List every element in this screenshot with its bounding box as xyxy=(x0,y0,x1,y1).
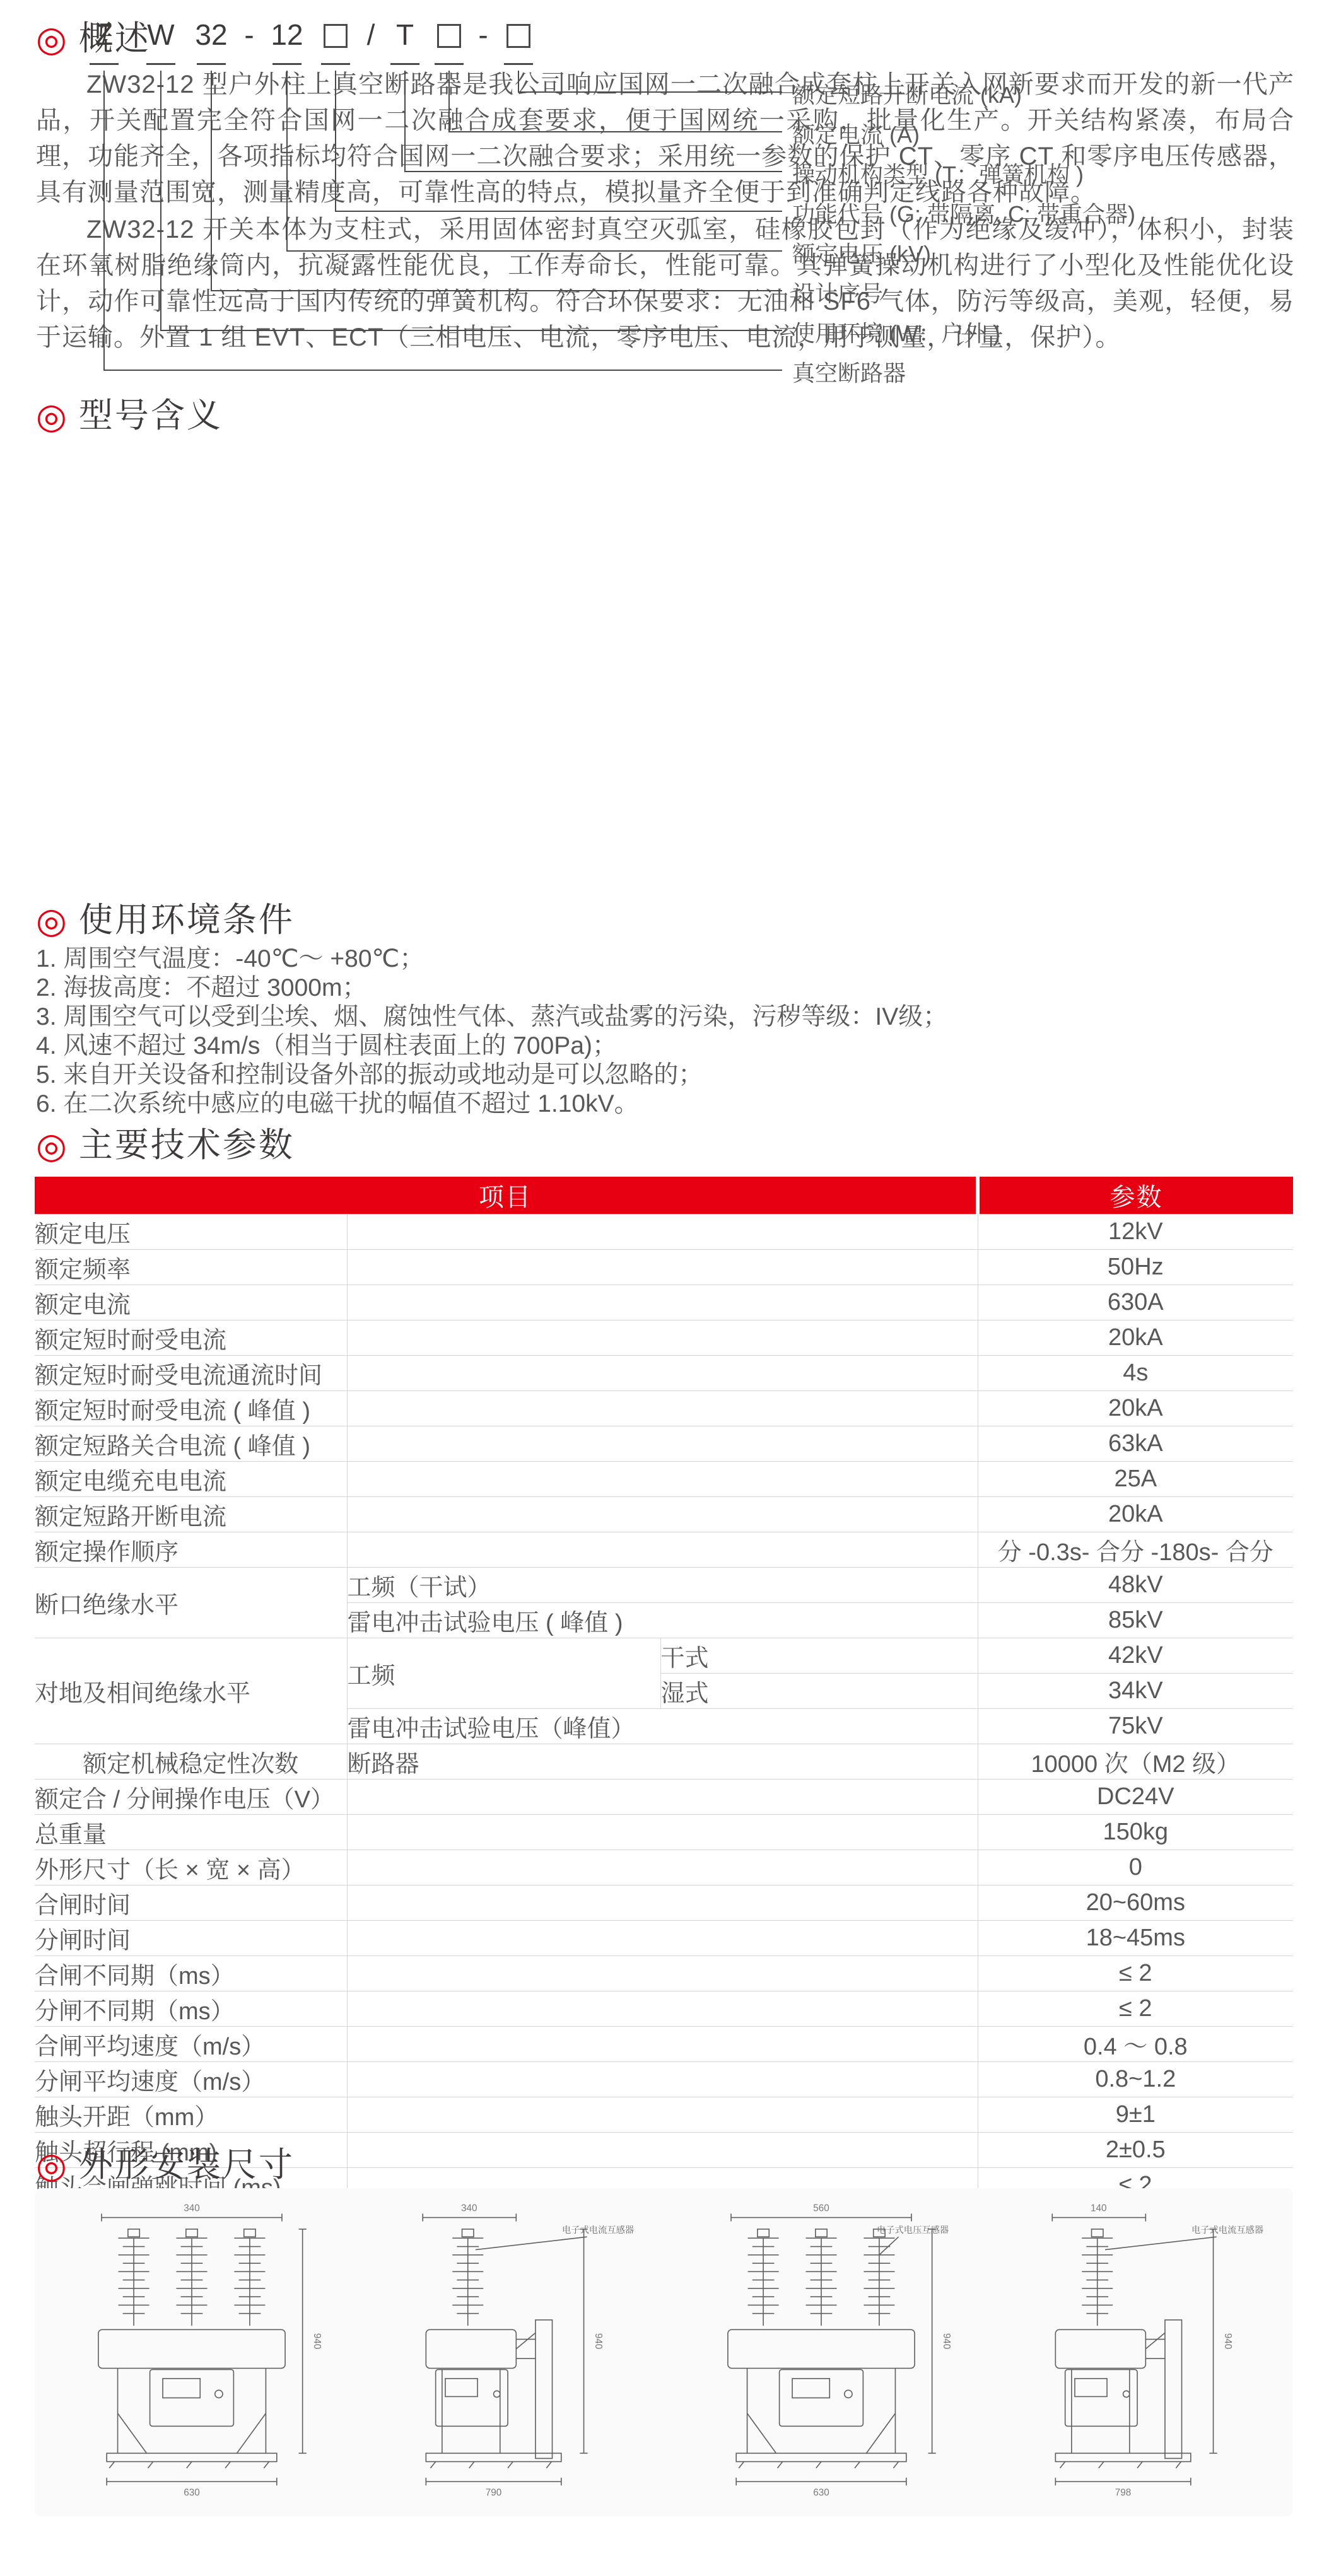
environment-item: 3. 周围空气可以受到尘埃、烟、腐蚀性气体、蒸汽或盐雾的污染，污秽等级：IV级； xyxy=(36,1003,947,1032)
table-row: 合闸时间20~60ms xyxy=(35,1885,1293,1921)
table-cell: 9±1 xyxy=(978,2097,1293,2133)
model-meaning-label: 功能代号 (G: 带隔离, C: 带重合器) xyxy=(792,197,1135,229)
svg-text:940: 940 xyxy=(593,2333,604,2350)
model-code-segment xyxy=(437,24,461,48)
svg-text:340: 340 xyxy=(184,2203,201,2213)
table-cell: 工频 xyxy=(347,1638,660,1709)
model-code-segment xyxy=(324,24,348,48)
table-cell: 断路器 xyxy=(347,1744,978,1780)
table-cell: 额定短时耐受电流 xyxy=(35,1320,347,1356)
table-cell: 2±0.5 xyxy=(978,2133,1293,2168)
table-cell: 20~60ms xyxy=(978,1885,1293,1921)
table-cell: 150kg xyxy=(978,1815,1293,1850)
environment-item: 4. 风速不超过 34m/s（相当于圆柱表面上的 700Pa)； xyxy=(36,1032,947,1061)
table-cell: 额定短路关合电流 ( 峰值 ) xyxy=(35,1426,347,1462)
table-cell: 额定短时耐受电流 ( 峰值 ) xyxy=(35,1391,347,1426)
environment-item: 5. 来自开关设备和控制设备外部的振动或地动是可以忽略的； xyxy=(36,1061,947,1090)
table-cell: 75kV xyxy=(978,1709,1293,1744)
model-code-segment: W xyxy=(147,18,174,52)
diagram-tick xyxy=(435,63,464,65)
section-bullet-icon: ◎ xyxy=(36,2145,69,2185)
table-cell: 分闸时间 xyxy=(35,1921,347,1956)
table-row: 分闸时间18~45ms xyxy=(35,1921,1293,1956)
table-cell: 18~45ms xyxy=(978,1921,1293,1956)
diagram-connector-line xyxy=(335,71,336,212)
diagram-connector-line xyxy=(160,71,161,331)
svg-text:798: 798 xyxy=(1115,2488,1131,2498)
table-cell: 总重量 xyxy=(35,1815,347,1850)
table-cell: 雷电冲击试验电压 ( 峰值 ) xyxy=(347,1603,978,1638)
table-cell xyxy=(347,1850,978,1885)
table-cell: 额定操作顺序 xyxy=(35,1532,347,1568)
svg-text:940: 940 xyxy=(941,2333,952,2350)
table-row: 分闸平均速度（m/s）0.8~1.2 xyxy=(35,2062,1293,2097)
table-cell: 20kA xyxy=(978,1320,1293,1356)
table-cell: 分 -0.3s- 合分 -180s- 合分 xyxy=(978,1532,1293,1568)
svg-text:电子式电流互感器: 电子式电流互感器 xyxy=(1191,2224,1263,2235)
diagram-tick xyxy=(197,63,226,65)
table-cell: 0 xyxy=(978,1850,1293,1885)
model-code-segment: - xyxy=(244,18,254,52)
diagram-connector-line xyxy=(405,171,782,172)
table-cell: 合闸平均速度（m/s） xyxy=(35,2027,347,2062)
diagram-tick xyxy=(390,63,419,65)
table-cell: 湿式 xyxy=(660,1674,978,1709)
table-cell: 分闸不同期（ms） xyxy=(35,1991,347,2027)
table-cell: 12kV xyxy=(978,1215,1293,1250)
model-meaning-label: 额定短路开断电流 (kA) xyxy=(792,78,1022,110)
table-row: 对地及相间绝缘水平工频干式42kV xyxy=(35,1638,1293,1674)
model-meaning-label: 真空断路器 xyxy=(792,356,906,388)
table-row: 额定短时耐受电流通流时间4s xyxy=(35,1356,1293,1391)
diagram-connector-line xyxy=(161,330,782,331)
table-cell xyxy=(347,1921,978,1956)
table-row: 合闸不同期（ms）≤ 2 xyxy=(35,1956,1293,1991)
table-header-item: 项目 xyxy=(35,1177,978,1215)
table-cell xyxy=(347,1532,978,1568)
table-row: 外形尺寸（长 × 宽 × 高）0 xyxy=(35,1850,1293,1885)
table-cell: 48kV xyxy=(978,1568,1293,1603)
model-code-segment: - xyxy=(478,18,488,52)
table-cell: 合闸时间 xyxy=(35,1885,347,1921)
table-cell: 额定电流 xyxy=(35,1285,347,1320)
svg-text:电子式电压互感器: 电子式电压互感器 xyxy=(877,2224,949,2235)
table-row: 额定合 / 分闸操作电压（V）DC24V xyxy=(35,1780,1293,1815)
diagram-connector-line xyxy=(449,131,782,132)
model-code-segment: T xyxy=(396,18,414,52)
diagram-connector-line xyxy=(211,71,212,291)
environment-item: 2. 海拔高度：不超过 3000m； xyxy=(36,974,947,1003)
table-cell: 分闸平均速度（m/s） xyxy=(35,2062,347,2097)
parameters-title-text: 主要技术参数 xyxy=(79,1126,295,1164)
table-row: 分闸不同期（ms）≤ 2 xyxy=(35,1991,1293,2027)
model-meaning-label: 操动机构类型 (T：弹簧机构 ) xyxy=(792,157,1084,189)
section-title-parameters: ◎主要技术参数 xyxy=(36,1118,295,1167)
table-row: 额定电缆充电电流25A xyxy=(35,1462,1293,1497)
model-meaning-label: 设计序号 xyxy=(792,276,883,308)
table-cell: 干式 xyxy=(660,1638,978,1674)
table-header-value: 参数 xyxy=(978,1177,1293,1215)
diagram-tick xyxy=(90,63,119,65)
diagram-tick xyxy=(146,63,175,65)
table-row: 额定短时耐受电流20kA xyxy=(35,1320,1293,1356)
outline-drawing-figure: 560 940 630 电子式电压互感器 xyxy=(686,2201,957,2503)
table-cell: 20kA xyxy=(978,1497,1293,1532)
table-cell: 额定电缆充电电流 xyxy=(35,1462,347,1497)
diagram-connector-line xyxy=(404,71,406,172)
table-cell: 63kA xyxy=(978,1426,1293,1462)
table-cell xyxy=(347,1462,978,1497)
diagram-tick xyxy=(504,63,533,65)
page: { "accent_color": "#e60012", "bullet": "… xyxy=(0,0,1329,2576)
table-cell: 34kV xyxy=(978,1674,1293,1709)
environment-item: 6. 在二次系统中感应的电磁干扰的幅值不超过 1.10kV。 xyxy=(36,1090,947,1119)
model-code-segment xyxy=(506,24,530,48)
parameters-table: 项目参数额定电压12kV额定频率50Hz额定电流630A额定短时耐受电流20kA… xyxy=(35,1177,1293,2203)
svg-text:电子式电流互感器: 电子式电流互感器 xyxy=(562,2224,634,2235)
table-cell: 85kV xyxy=(978,1603,1293,1638)
table-cell: 外形尺寸（长 × 宽 × 高） xyxy=(35,1850,347,1885)
diagram-connector-line xyxy=(336,211,782,212)
table-header-row: 项目参数 xyxy=(35,1177,1293,1215)
table-cell xyxy=(347,1426,978,1462)
table-cell: 额定合 / 分闸操作电压（V） xyxy=(35,1780,347,1815)
svg-text:940: 940 xyxy=(312,2333,322,2350)
table-cell: 额定频率 xyxy=(35,1250,347,1285)
table-cell xyxy=(347,1250,978,1285)
table-cell: 工频（干试） xyxy=(347,1568,978,1603)
table-row: 额定频率50Hz xyxy=(35,1250,1293,1285)
table-row: 总重量150kg xyxy=(35,1815,1293,1850)
table-cell: 断口绝缘水平 xyxy=(35,1568,347,1638)
environment-list: 1. 周围空气温度：-40℃～ +80℃； 2. 海拔高度：不超过 3000m；… xyxy=(36,945,947,1119)
table-cell: 额定电压 xyxy=(35,1215,347,1250)
svg-text:630: 630 xyxy=(813,2488,829,2498)
table-row: 额定电流630A xyxy=(35,1285,1293,1320)
table-cell xyxy=(347,2097,978,2133)
svg-text:790: 790 xyxy=(486,2488,502,2498)
outline-drawing-figure: 140 940 798 电子式电流互感器 xyxy=(1000,2201,1272,2503)
table-row: 额定机械稳定性次数断路器10000 次（M2 级） xyxy=(35,1744,1293,1780)
table-cell: 0.8~1.2 xyxy=(978,2062,1293,2097)
svg-text:940: 940 xyxy=(1222,2333,1233,2350)
table-cell xyxy=(347,1815,978,1850)
diagram-tick xyxy=(272,63,302,65)
table-cell: 触头开距（mm） xyxy=(35,2097,347,2133)
table-cell: 630A xyxy=(978,1285,1293,1320)
table-cell xyxy=(347,1956,978,1991)
svg-text:560: 560 xyxy=(813,2203,829,2213)
table-cell: 额定短路开断电流 xyxy=(35,1497,347,1532)
svg-text:140: 140 xyxy=(1091,2203,1107,2213)
outline-drawing-figure: 340 940 790 电子式电流互感器 xyxy=(371,2201,642,2503)
table-cell xyxy=(347,1215,978,1250)
diagram-tick xyxy=(321,63,350,65)
parameters-table-container: 项目参数额定电压12kV额定频率50Hz额定电流630A额定短时耐受电流20kA… xyxy=(35,1177,1293,2203)
diagram-connector-line xyxy=(286,71,288,252)
section-bullet-icon: ◎ xyxy=(36,1126,69,1165)
table-cell: 25A xyxy=(978,1462,1293,1497)
environment-title-text: 使用环境条件 xyxy=(79,901,295,939)
table-row: 额定短路开断电流20kA xyxy=(35,1497,1293,1532)
outline-drawings-panel: 340 940 630 340 xyxy=(35,2188,1293,2516)
table-row: 合闸平均速度（m/s）0.4 ～ 0.8 xyxy=(35,2027,1293,2062)
table-row: 额定短路关合电流 ( 峰值 )63kA xyxy=(35,1426,1293,1462)
table-row: 触头开距（mm）9±1 xyxy=(35,2097,1293,2133)
table-cell xyxy=(347,1391,978,1426)
table-cell xyxy=(347,1356,978,1391)
table-cell: DC24V xyxy=(978,1780,1293,1815)
table-cell: 0.4 ～ 0.8 xyxy=(978,2027,1293,2062)
table-cell xyxy=(347,2133,978,2168)
table-row: 断口绝缘水平工频（干试）48kV xyxy=(35,1568,1293,1603)
section-title-dimensions: ◎外形安装尺寸 xyxy=(36,2138,295,2186)
table-cell xyxy=(347,2027,978,2062)
table-cell xyxy=(347,1497,978,1532)
model-meaning-label: 额定电压 (kV) xyxy=(792,236,931,269)
table-cell: 额定机械稳定性次数 xyxy=(35,1744,347,1780)
table-cell: ≤ 2 xyxy=(978,1956,1293,1991)
model-code-segment: 12 xyxy=(271,18,303,52)
model-code-segment: Z xyxy=(95,18,113,52)
table-row: 额定电压12kV xyxy=(35,1215,1293,1250)
environment-item: 1. 周围空气温度：-40℃～ +80℃； xyxy=(36,945,947,974)
diagram-connector-line xyxy=(448,71,450,132)
section-bullet-icon: ◎ xyxy=(36,900,69,940)
diagram-connector-line xyxy=(104,370,782,371)
outline-drawing-figure: 340 940 630 xyxy=(56,2201,327,2503)
dimensions-title-text: 外形安装尺寸 xyxy=(79,2146,295,2184)
diagram-connector-line xyxy=(287,250,782,252)
table-cell: ≤ 2 xyxy=(978,1991,1293,2027)
table-cell xyxy=(347,1285,978,1320)
table-cell xyxy=(347,1320,978,1356)
diagram-connector-line xyxy=(103,71,105,371)
model-meaning-label: 使用环境 (W：户外 ) xyxy=(792,316,1000,348)
model-meaning-label: 额定电流 (A) xyxy=(792,117,920,149)
diagram-connector-line xyxy=(518,71,519,93)
table-cell xyxy=(347,1780,978,1815)
table-cell: 对地及相间绝缘水平 xyxy=(35,1638,347,1744)
table-cell: 4s xyxy=(978,1356,1293,1391)
model-code-segment: 32 xyxy=(195,18,227,52)
model-code-segment: / xyxy=(367,18,375,52)
table-row: 额定操作顺序分 -0.3s- 合分 -180s- 合分 xyxy=(35,1532,1293,1568)
diagram-connector-line xyxy=(518,91,782,93)
table-cell xyxy=(347,2062,978,2097)
table-cell: 20kA xyxy=(978,1391,1293,1426)
table-cell xyxy=(347,1885,978,1921)
table-cell: 额定短时耐受电流通流时间 xyxy=(35,1356,347,1391)
svg-text:630: 630 xyxy=(184,2488,201,2498)
table-cell: 10000 次（M2 级） xyxy=(978,1744,1293,1780)
table-cell xyxy=(347,1991,978,2027)
table-cell: 雷电冲击试验电压（峰值） xyxy=(347,1709,978,1744)
table-cell: 50Hz xyxy=(978,1250,1293,1285)
model-designation-diagram: ZW32-12/T-额定短路开断电流 (kA)额定电流 (A)操动机构类型 (T… xyxy=(0,0,1329,416)
table-row: 额定短时耐受电流 ( 峰值 )20kA xyxy=(35,1391,1293,1426)
diagram-connector-line xyxy=(211,290,782,291)
svg-text:340: 340 xyxy=(461,2203,477,2213)
section-title-environment: ◎使用环境条件 xyxy=(36,893,295,941)
table-cell: 合闸不同期（ms） xyxy=(35,1956,347,1991)
table-cell: 42kV xyxy=(978,1638,1293,1674)
